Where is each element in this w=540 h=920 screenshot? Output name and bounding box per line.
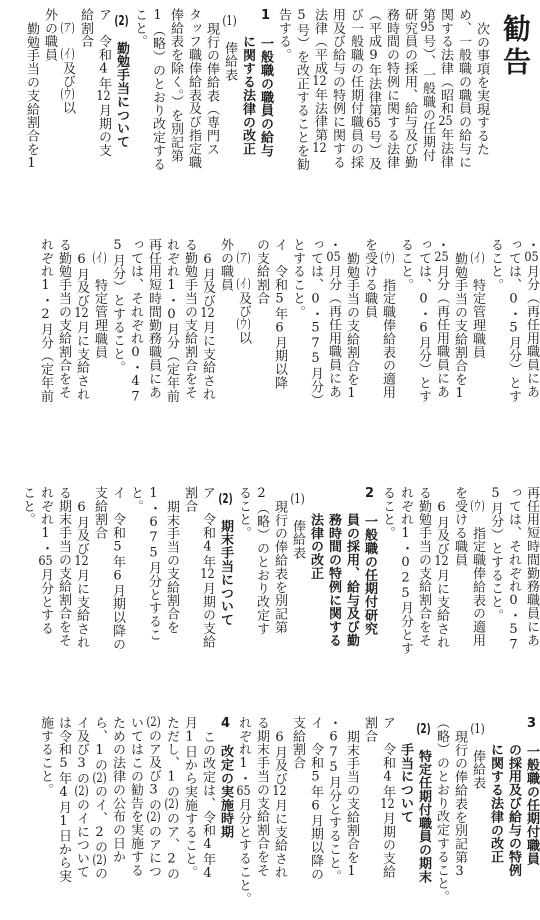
upright-number: 0 <box>506 292 521 307</box>
upright-number: 2 <box>164 852 179 867</box>
upright-number: 5 <box>110 540 125 555</box>
tatechuyoko-number: 12 <box>272 785 287 798</box>
text-column: イ 令和5年6月期以降の <box>108 486 126 674</box>
text-column: 3 一般職の任期付職員 <box>522 716 540 920</box>
text-column: 再任用短時間勤務職員にあ <box>522 486 540 674</box>
upright-number: 575 <box>308 320 323 366</box>
tatechuyoko-number: 12 <box>312 142 327 155</box>
text-column: る勤勉手当の支給割合をそ <box>414 486 432 674</box>
text-column: (2) 特定任期付職員の期末 <box>414 716 432 920</box>
upright-number: 5 <box>272 292 287 307</box>
upright-number: 0 <box>128 345 143 360</box>
tatechuyoko-number: (1) <box>222 15 237 28</box>
text-column: イ 令和5年6月期以降の <box>306 716 324 920</box>
upright-number: 4 <box>200 866 215 881</box>
upright-number: 6 <box>416 320 431 335</box>
text-column: こと。 <box>130 8 148 232</box>
text-column: ること。 <box>486 238 504 432</box>
text-column: 6月及び12月に支給され <box>72 238 90 432</box>
text-column: いてはこの勧告を実施する <box>126 716 144 920</box>
upright-number: 4 <box>218 716 233 731</box>
text-column: 期末手当の支給割合を1 <box>342 716 360 920</box>
text-column: (2) 期末手当について <box>216 486 234 674</box>
upright-number: 4 <box>200 540 215 555</box>
text-column: 現行の俸給表を別記第 <box>270 486 288 674</box>
upright-number: 9 <box>366 48 381 63</box>
upright-number: 1 <box>164 770 179 785</box>
tatechuyoko-number: 25 <box>434 251 449 264</box>
text-column: ・05月分（再任用職員にあ <box>324 238 342 432</box>
text-column: る期末手当の支給割合をそ <box>54 486 72 674</box>
upright-number: 5 <box>506 320 521 335</box>
tatechuyoko-number: (2) <box>164 798 179 811</box>
text-column: タッフ職俸給表及び指定職 <box>184 8 202 232</box>
text-column: 割合 <box>360 716 378 920</box>
upright-number: 5 <box>294 8 309 23</box>
upright-number: 675 <box>146 515 161 561</box>
tatechuyoko-number: (2) <box>146 811 161 824</box>
text-column: に関する法律の改正 <box>486 716 504 920</box>
text-column: 4 改定の実施時期 <box>216 716 234 920</box>
text-band-4: 3 一般職の任期付職員の採用及び給与の特例に関する法律の改正(1) 俸給表現行の… <box>0 716 540 920</box>
text-column: っては、それぞれ0・57 <box>504 486 522 674</box>
text-column: 期末手当の支給割合を <box>162 486 180 674</box>
tatechuyoko-number: (ウ) <box>470 500 485 513</box>
text-column: 支給割合 <box>90 486 108 674</box>
text-column: (イ) 特定管理職員 <box>90 238 108 432</box>
upright-number: 5 <box>308 770 323 785</box>
upright-number: 1 <box>38 278 53 293</box>
text-column: 告する。 <box>274 8 292 232</box>
text-column: （平成9年法律第65号）及 <box>364 8 382 232</box>
text-column: (ウ) 指定職俸給表の適用 <box>468 486 486 674</box>
text-column: (ウ) 指定職俸給表の適用 <box>378 238 396 432</box>
document-page: 勧告 次の事項を実現するため、一般職の職員の給与に関する法律（昭和25年法律第9… <box>0 0 540 920</box>
text-column: 手当について <box>396 716 414 920</box>
text-column: 用及び給与の特例に関する <box>328 8 346 232</box>
text-column: 外の職員 <box>40 8 58 232</box>
upright-number: 4 <box>96 62 111 77</box>
text-column: (イ) 特定管理職員 <box>468 238 486 432</box>
text-column: こと。 <box>18 486 36 674</box>
upright-number: 1 <box>452 386 467 401</box>
text-column: ること。 <box>234 486 252 674</box>
text-column: め、一般職の職員の給与に <box>454 8 472 232</box>
text-column: 6月及び12月に支給され <box>270 716 288 920</box>
tatechuyoko-number: (2) <box>74 785 89 798</box>
text-column: ら、1の(2)のイ、2の(2)の <box>90 716 108 920</box>
text-column: ・25月分（再任用職員にあ <box>432 238 450 432</box>
tatechuyoko-number: (ウ) <box>380 252 395 265</box>
text-column: る勤勉手当の支給割合をそ <box>54 238 72 432</box>
tatechuyoko-number: (2) <box>146 716 161 729</box>
upright-number: 3 <box>146 783 161 798</box>
text-column: (1) 俸給表 <box>288 486 306 674</box>
text-column: ること。 <box>396 238 414 432</box>
text-column: 次の事項を実現するた <box>472 8 490 232</box>
upright-number: 1 <box>344 864 359 879</box>
upright-number: 6 <box>74 500 89 515</box>
upright-number: 6 <box>272 730 287 745</box>
text-column: 支給割合 <box>288 716 306 920</box>
upright-number: 025 <box>398 555 413 601</box>
upright-number: 3 <box>524 716 539 731</box>
text-column: 割合 <box>180 486 198 674</box>
text-column: っては、0・5月分）とす <box>504 238 522 432</box>
text-column: を受ける職員 <box>360 238 378 432</box>
text-column: 1（略）のとおり改定する <box>148 8 166 232</box>
text-band-2: ・05月分（再任用職員にあっては、0・5月分）とすること。(イ) 特定管理職員勤… <box>0 238 540 432</box>
text-column: び一般職の任期付職員の採 <box>346 8 364 232</box>
upright-number: 1 <box>344 386 359 401</box>
tatechuyoko-number: (2) <box>114 15 129 28</box>
upright-number: 1 <box>398 526 413 541</box>
upright-number: 0 <box>506 593 521 608</box>
text-column: (1) 俸給表 <box>468 716 486 920</box>
text-column: 1・675月分とするこ <box>144 486 162 674</box>
text-column: 6月及び12月に支給され <box>72 486 90 674</box>
tatechuyoko-number: (2) <box>92 772 107 785</box>
text-column: れぞれ1・65月分とすること。 <box>234 716 252 920</box>
text-column: (2)のア及び3の(2)のアにつ <box>144 716 162 920</box>
text-column: 6月及び12月に支給され <box>198 238 216 432</box>
upright-number: 6 <box>74 252 89 267</box>
tatechuyoko-number: (ウ) <box>60 88 75 101</box>
text-column: この改定は、令和4年4 <box>198 716 216 920</box>
tatechuyoko-number: 12 <box>434 555 449 568</box>
text-column: 5号）を改正することを勧 <box>292 8 310 232</box>
text-column: 現行の俸給表を別記第3 <box>450 716 468 920</box>
upright-number: 3 <box>74 756 89 771</box>
tatechuyoko-number: (1) <box>470 723 485 736</box>
upright-number: 1 <box>182 729 197 744</box>
text-column: (ア) (イ)及び(ウ)以 <box>234 238 252 432</box>
text-column: ア 令和4年12月期の支給 <box>378 716 396 920</box>
upright-number: 3 <box>452 864 467 879</box>
text-column: 務時間の特例に関する <box>324 486 342 674</box>
text-column: れぞれ1・65月分とする <box>36 486 54 674</box>
text-column: イ 令和5年6月期以降 <box>270 238 288 432</box>
text-column: 2 一般職の任期付研究 <box>360 486 378 674</box>
upright-number: 5 <box>110 238 125 253</box>
upright-number: 5 <box>488 486 503 501</box>
upright-number: 6 <box>272 320 287 335</box>
text-column: ただし、1の(2)のア、2の <box>162 716 180 920</box>
tatechuyoko-number: 65 <box>38 555 53 568</box>
tatechuyoko-number: 12 <box>200 568 215 581</box>
upright-number: 1 <box>150 8 165 23</box>
text-column: 6月及び12月に支給され <box>432 486 450 674</box>
text-column: は令和5年4月1日から実 <box>54 716 72 920</box>
tatechuyoko-number: 12 <box>74 555 89 568</box>
tatechuyoko-number: (ウ) <box>236 318 251 331</box>
document-title: 勧告 <box>490 8 540 232</box>
text-column: 第95号）、一般職の任期付 <box>418 8 436 232</box>
text-column: ア 令和4年12月期の支 <box>94 8 112 232</box>
text-column: (2) 勤勉手当について <box>112 8 130 232</box>
text-column: る期末手当の支給割合をそ <box>252 716 270 920</box>
text-column: ること。 <box>378 486 396 674</box>
tatechuyoko-number: 05 <box>326 251 341 264</box>
text-column: っては、0・575月分） <box>306 238 324 432</box>
upright-number: 2 <box>254 486 269 501</box>
upright-number: 5 <box>56 756 71 771</box>
upright-number: 4 <box>56 785 71 800</box>
tatechuyoko-number: 12 <box>312 75 327 88</box>
upright-number: 1 <box>24 156 39 171</box>
upright-number: 0 <box>308 292 323 307</box>
text-column: 勤勉手当の支給割合を1 <box>450 238 468 432</box>
text-column: 関する法律（昭和25年法律 <box>436 8 454 232</box>
tatechuyoko-number: 65 <box>366 117 381 130</box>
tatechuyoko-number: 12 <box>200 307 215 320</box>
upright-number: 1 <box>38 526 53 541</box>
upright-number: 1 <box>164 278 179 293</box>
text-column: と。 <box>126 486 144 674</box>
text-column: 勤勉手当の支給割合を1 <box>342 238 360 432</box>
upright-number: 0 <box>416 292 431 307</box>
upright-number: 675 <box>326 729 341 775</box>
text-column: 給割合 <box>76 8 94 232</box>
tatechuyoko-number: (2) <box>218 493 233 506</box>
tatechuyoko-number: (2) <box>92 854 107 867</box>
upright-number: 4 <box>380 770 395 785</box>
upright-number: 1 <box>56 814 71 829</box>
text-column: ための法律の公布の日か <box>108 716 126 920</box>
upright-number: 57 <box>506 622 521 653</box>
tatechuyoko-number: (ア) <box>236 252 251 265</box>
upright-number: 2 <box>92 825 107 840</box>
tatechuyoko-number: 12 <box>74 307 89 320</box>
text-column: る勤勉手当の支給割合をそ <box>180 238 198 432</box>
tatechuyoko-number: (イ) <box>470 252 485 265</box>
text-column: れぞれ1・025月分とす <box>396 486 414 674</box>
text-column: 勤勉手当の支給割合を1 <box>22 8 40 232</box>
upright-number: 6 <box>200 252 215 267</box>
tatechuyoko-number: (イ) <box>92 252 107 265</box>
text-column: イ及び3の(2)のイについて <box>72 716 90 920</box>
text-column: を受ける職員 <box>450 486 468 674</box>
text-column: 再任用短時間勤務職員にあ <box>144 238 162 432</box>
tatechuyoko-number: 12 <box>96 90 111 103</box>
text-column: ・05月分（再任用職員にあ <box>522 238 540 432</box>
upright-number: 0 <box>164 307 179 322</box>
text-column: の採用及び給与の特例 <box>504 716 522 920</box>
text-column: 現行の俸給表（専門ス <box>202 8 220 232</box>
upright-number: 6 <box>110 568 125 583</box>
upright-number: 2 <box>38 307 53 322</box>
upright-number: 1 <box>146 486 161 501</box>
text-column: 2（略）のとおり改定す <box>252 486 270 674</box>
text-column: ・675月分とすること。 <box>324 716 342 920</box>
text-column: 法律（平成12年法律第12 <box>310 8 328 232</box>
text-column: 5月分）とすること。 <box>108 238 126 432</box>
text-column: (1) 俸給表 <box>220 8 238 232</box>
text-column: とすること。 <box>288 238 306 432</box>
tatechuyoko-number: 05 <box>524 251 539 264</box>
upright-number: 1 <box>258 8 273 23</box>
tatechuyoko-number: (ア) <box>60 22 75 35</box>
upright-number: 47 <box>128 374 143 405</box>
text-column: 俸給表を除く。）を別記第 <box>166 8 184 232</box>
text-column: 務時間の特例に関する法律 <box>382 8 400 232</box>
text-column: 月1日から実施すること。 <box>180 716 198 920</box>
text-column: の支給割合 <box>252 238 270 432</box>
text-column: 1 一般職の職員の給与 <box>256 8 274 232</box>
tatechuyoko-number: (イ) <box>236 278 251 291</box>
tatechuyoko-number: 25 <box>438 115 453 128</box>
text-column: （略）のとおり改定すること。 <box>432 716 450 920</box>
text-column: 施すること。 <box>36 716 54 920</box>
text-column: 5月分）とすること。 <box>486 486 504 674</box>
tatechuyoko-number: 65 <box>236 785 251 798</box>
upright-number: 4 <box>200 837 215 852</box>
text-band-3: 再任用短時間勤務職員にあっては、それぞれ0・575月分）とすること。(ウ) 指定… <box>0 486 540 674</box>
tatechuyoko-number: 95 <box>420 21 435 34</box>
tatechuyoko-number: 12 <box>380 798 395 811</box>
upright-number: 6 <box>434 500 449 515</box>
text-column: 外の職員 <box>216 238 234 432</box>
text-column: っては、0・6月分）とす <box>414 238 432 432</box>
upright-number: 1 <box>236 756 251 771</box>
text-column: に関する法律の改正 <box>238 8 256 232</box>
text-column: (ア) (イ)及び(ウ)以 <box>58 8 76 232</box>
upright-number: 1 <box>92 743 107 758</box>
text-column: 研究員の採用、給与及び勤 <box>400 8 418 232</box>
text-column: ア 令和4年12月期の支給 <box>198 486 216 674</box>
upright-number: 6 <box>308 798 323 813</box>
upright-number: 2 <box>362 486 377 501</box>
text-band-1: 勧告 次の事項を実現するため、一般職の職員の給与に関する法律（昭和25年法律第9… <box>0 8 540 232</box>
text-column: 法律の改正 <box>306 486 324 674</box>
text-column: れぞれ1・2月分（定年前 <box>36 238 54 432</box>
text-column: 員の採用、給与及び勤 <box>342 486 360 674</box>
tatechuyoko-number: (1) <box>290 493 305 506</box>
tatechuyoko-number: (イ) <box>60 48 75 61</box>
text-column: っては、それぞれ0・47 <box>126 238 144 432</box>
tatechuyoko-number: (2) <box>416 723 431 736</box>
text-column: れぞれ1・0月分（定年前 <box>162 238 180 432</box>
